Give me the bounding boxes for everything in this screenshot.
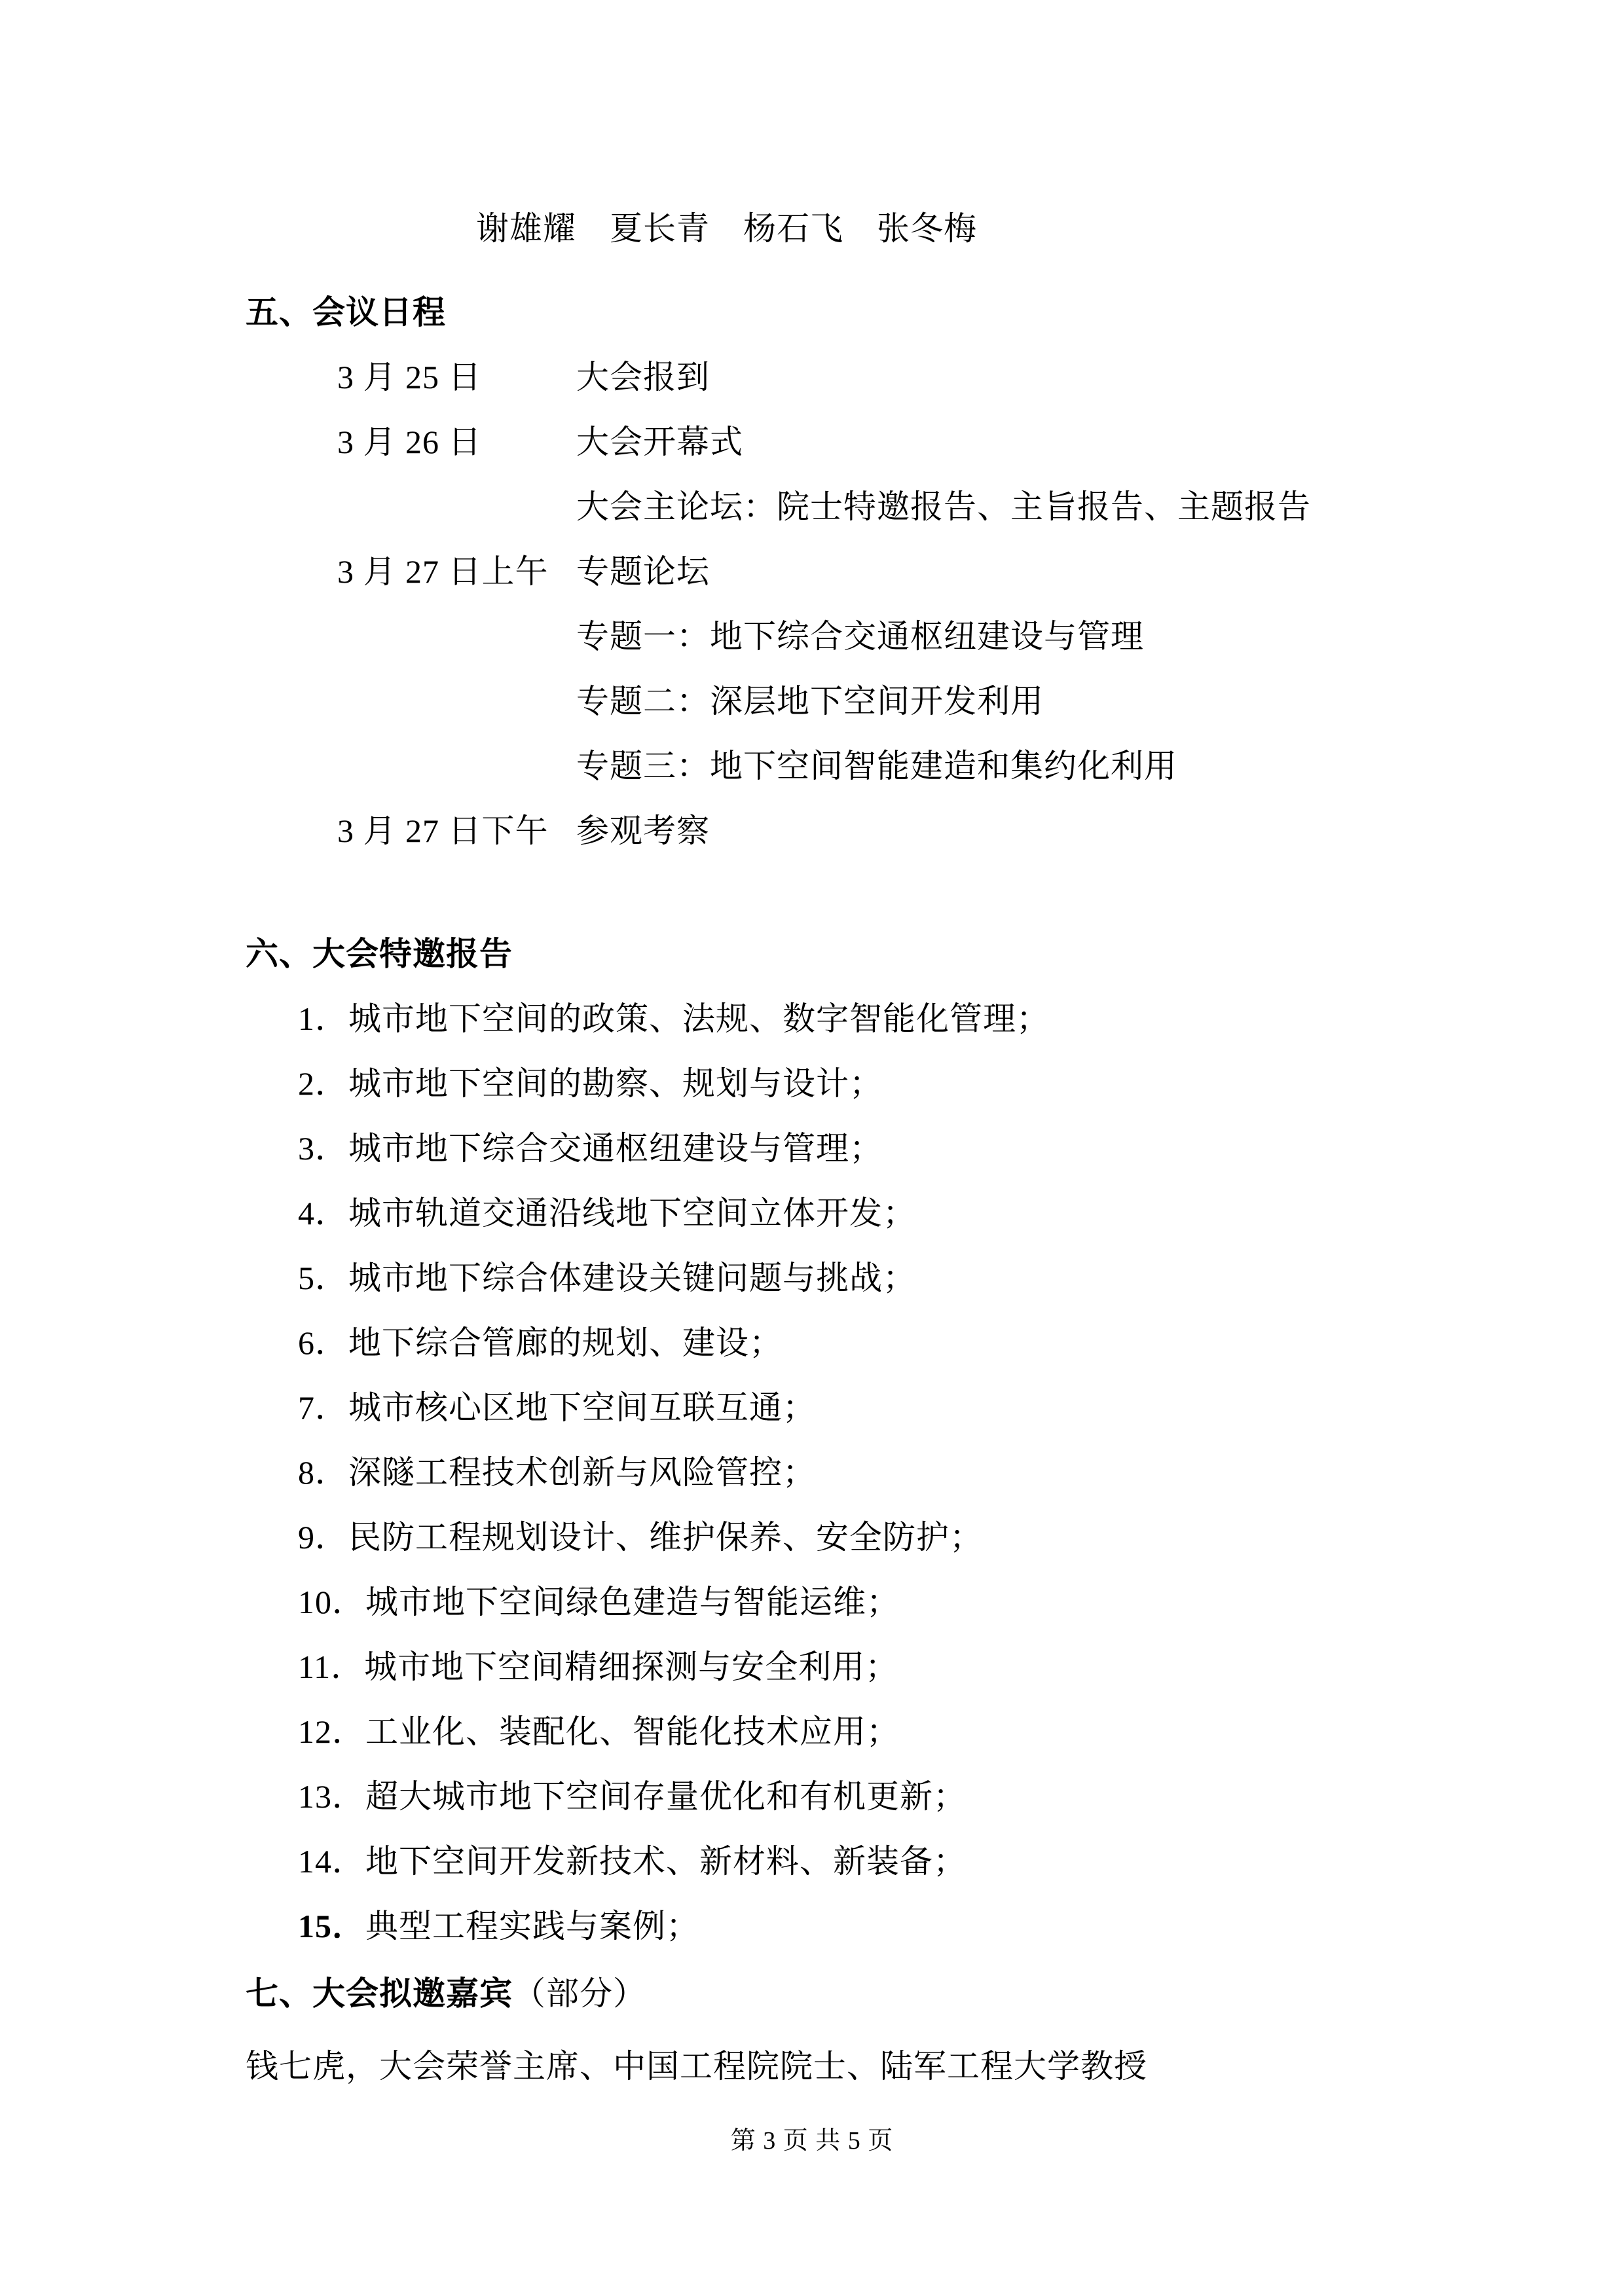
report-topic-number: 5． <box>298 1260 348 1296</box>
report-topic-text: 城市地下空间绿色建造与智能运维； <box>365 1584 900 1620</box>
agenda-row: 大会主论坛：院士特邀报告、主旨报告、主题报告 <box>246 475 1513 539</box>
section-heading-guests: 七、大会拟邀嘉宾（部分） <box>246 1961 1513 2026</box>
report-topic-number: 10． <box>298 1584 365 1620</box>
agenda-row: 专题一：地下综合交通枢纽建设与管理 <box>246 604 1513 669</box>
report-topic-item: 9．民防工程规划设计、维护保养、安全防护； <box>246 1505 1513 1570</box>
agenda-date: 3 月 27 日下午 <box>337 799 549 864</box>
agenda-date: 3 月 26 日 <box>337 410 482 475</box>
report-topic-text: 超大城市地下空间存量优化和有机更新； <box>365 1778 967 1815</box>
guests-heading-text: 七、大会拟邀嘉宾 <box>246 1975 513 2012</box>
report-topic-text: 城市地下综合体建设关键问题与挑战； <box>348 1260 916 1296</box>
report-topic-number: 1． <box>298 1000 348 1037</box>
agenda-row: 3 月 27 日下午 参观考察 <box>246 799 1513 864</box>
report-topic-item: 11．城市地下空间精细探测与安全利用； <box>246 1635 1513 1700</box>
report-topic-item: 7．城市核心区地下空间互联互通； <box>246 1376 1513 1440</box>
document-page: 谢雄耀 夏长青 杨石飞 张冬梅 五、会议日程 3 月 25 日 大会报到 3 月… <box>0 0 1624 2296</box>
report-topic-text: 城市地下空间的政策、法规、数字智能化管理； <box>348 1000 1050 1037</box>
report-topic-text: 城市地下综合交通枢纽建设与管理； <box>348 1130 883 1167</box>
report-topic-item: 13．超大城市地下空间存量优化和有机更新； <box>246 1764 1513 1829</box>
document-body: 谢雄耀 夏长青 杨石飞 张冬梅 五、会议日程 3 月 25 日 大会报到 3 月… <box>0 0 1624 2099</box>
report-topic-text: 工业化、装配化、智能化技术应用； <box>365 1713 900 1750</box>
report-topic-text: 城市核心区地下空间互联互通； <box>348 1389 816 1426</box>
report-topic-item: 12．工业化、装配化、智能化技术应用； <box>246 1700 1513 1764</box>
report-topic-item: 8．深隧工程技术创新与风险管控； <box>246 1440 1513 1505</box>
report-topic-item: 2．城市地下空间的勘察、规划与设计； <box>246 1051 1513 1116</box>
agenda-date: 3 月 27 日上午 <box>337 539 549 604</box>
agenda-row: 3 月 25 日 大会报到 <box>246 345 1513 410</box>
report-topic-item: 3．城市地下综合交通枢纽建设与管理； <box>246 1116 1513 1181</box>
agenda-activity: 大会主论坛：院士特邀报告、主旨报告、主题报告 <box>246 475 1513 539</box>
report-topic-text: 深隧工程技术创新与风险管控； <box>348 1454 816 1491</box>
agenda-activity: 专题一：地下综合交通枢纽建设与管理 <box>246 604 1513 669</box>
report-topic-number: 13． <box>298 1778 365 1815</box>
report-topic-number: 4． <box>298 1195 348 1231</box>
page-number-footer: 第 3 页 共 5 页 <box>0 2124 1624 2157</box>
report-topic-number: 9． <box>298 1519 348 1556</box>
report-topic-number: 8． <box>298 1454 348 1491</box>
report-topic-number: 3． <box>298 1130 348 1167</box>
report-topic-number: 11． <box>298 1649 364 1685</box>
report-topic-item: 14．地下空间开发新技术、新材料、新装备； <box>246 1829 1513 1894</box>
report-topic-text: 民防工程规划设计、维护保养、安全防护； <box>348 1519 983 1556</box>
section-heading-reports: 六、大会特邀报告 <box>246 922 1513 987</box>
report-topic-number: 7． <box>298 1389 348 1426</box>
agenda-row: 3 月 26 日 大会开幕式 <box>246 410 1513 475</box>
agenda-activity: 专题三：地下空间智能建造和集约化利用 <box>246 734 1513 799</box>
report-topic-number: 14． <box>298 1843 365 1880</box>
agenda-activity: 专题二：深层地下空间开发利用 <box>246 669 1513 734</box>
report-topic-text: 城市地下空间的勘察、规划与设计； <box>348 1065 883 1102</box>
agenda-date: 3 月 25 日 <box>337 345 482 410</box>
report-topic-text: 典型工程实践与案例； <box>365 1908 699 1944</box>
report-topic-item: 4．城市轨道交通沿线地下空间立体开发； <box>246 1181 1513 1246</box>
report-topic-text: 地下综合管廊的规划、建设； <box>348 1324 783 1361</box>
guest-entry: 钱七虎，大会荣誉主席、中国工程院院士、陆军工程大学教授 <box>246 2034 1513 2099</box>
report-topic-item: 10．城市地下空间绿色建造与智能运维； <box>246 1570 1513 1635</box>
report-topic-item: 1．城市地下空间的政策、法规、数字智能化管理； <box>246 987 1513 1051</box>
report-topic-item: 5．城市地下综合体建设关键问题与挑战； <box>246 1246 1513 1311</box>
report-topic-text: 城市轨道交通沿线地下空间立体开发； <box>348 1195 916 1231</box>
report-topic-number: 12． <box>298 1713 365 1750</box>
committee-names-line: 谢雄耀 夏长青 杨石飞 张冬梅 <box>476 196 1513 261</box>
report-topic-text: 城市地下空间精细探测与安全利用； <box>364 1649 898 1685</box>
report-topic-number: 2． <box>298 1065 348 1102</box>
section-heading-agenda: 五、会议日程 <box>246 280 1513 345</box>
report-topic-number: 6． <box>298 1324 348 1361</box>
agenda-row: 专题三：地下空间智能建造和集约化利用 <box>246 734 1513 799</box>
report-topic-text: 地下空间开发新技术、新材料、新装备； <box>365 1843 967 1880</box>
agenda-row: 专题二：深层地下空间开发利用 <box>246 669 1513 734</box>
agenda-row: 3 月 27 日上午 专题论坛 <box>246 539 1513 604</box>
report-topic-item: 15．典型工程实践与案例； <box>246 1894 1513 1959</box>
report-topic-item: 6．地下综合管廊的规划、建设； <box>246 1311 1513 1376</box>
report-topic-number: 15． <box>298 1908 365 1944</box>
guests-heading-suffix: （部分） <box>513 1975 646 2012</box>
